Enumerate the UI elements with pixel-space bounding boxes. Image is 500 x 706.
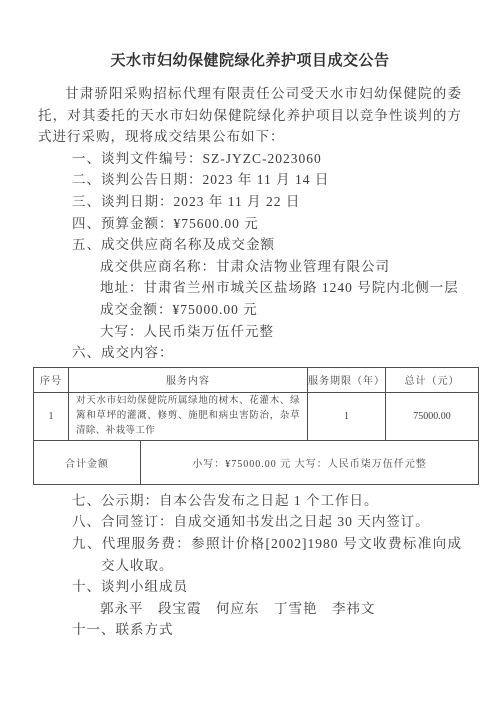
item-budget-amount: 四、预算金额：¥75600.00 元 bbox=[38, 213, 462, 235]
item-deal-content-heading: 六、成交内容： bbox=[38, 342, 462, 364]
cell-total-label: 合计金额 bbox=[34, 441, 141, 484]
cell-total: 75000.00 bbox=[386, 393, 478, 441]
deal-amount: 成交金额：¥75000.00 元 bbox=[38, 299, 462, 321]
announcement-document: 天水市妇幼保健院绿化养护项目成交公告 甘肃骄阳采购招标代理有限责任公司受天水市妇… bbox=[0, 0, 500, 706]
header-cell-service-term: 服务期限（年） bbox=[308, 368, 386, 393]
table-row: 1 对天水市妇幼保健院所属绿地的树木、花灌木、绿篱和草坪的灌溉、修剪、施肥和病虫… bbox=[34, 393, 478, 441]
deal-amount-words: 大写：人民币柒万伍仟元整 bbox=[38, 321, 462, 343]
cell-service-term: 1 bbox=[308, 393, 386, 441]
panel-member-names: 郭永平 段宝霞 何应东 丁雪艳 李祎文 bbox=[38, 598, 462, 620]
document-title: 天水市妇幼保健院绿化养护项目成交公告 bbox=[38, 48, 462, 74]
header-cell-serial-no: 序号 bbox=[34, 368, 69, 393]
item-announcement-date: 二、谈判公告日期：2023 年 11 月 14 日 bbox=[38, 169, 462, 191]
item-negotiation-panel-heading: 十、谈判小组成员 bbox=[38, 576, 462, 598]
item-agency-fee: 九、代理服务费：参照计价格[2002]1980 号文收费标准向成交人收取。 bbox=[38, 533, 462, 576]
supplier-name: 成交供应商名称：甘肃众洁物业管理有限公司 bbox=[38, 256, 462, 278]
cell-total-value: 小写：¥75000.00 元 大写：人民币柒万伍仟元整 bbox=[141, 441, 478, 484]
supplier-address: 地址：甘肃省兰州市城关区盐场路 1240 号院内北侧一层 bbox=[38, 277, 462, 299]
service-content-text: 对天水市妇幼保健院所属绿地的树木、花灌木、绿篱和草坪的灌溉、修剪、施肥和病虫害防… bbox=[69, 390, 307, 443]
cell-serial-no: 1 bbox=[34, 393, 69, 441]
item-negotiation-date: 三、谈判日期：2023 年 11 月 22 日 bbox=[38, 191, 462, 213]
item-contract-signing: 八、合同签订：自成交通知书发出之日起 30 天内签订。 bbox=[38, 511, 462, 533]
intro-paragraph: 甘肃骄阳采购招标代理有限责任公司受天水市妇幼保健院的委托，对其委托的天水市妇幼保… bbox=[38, 83, 462, 148]
item-contact-info-heading: 十一、联系方式 bbox=[38, 619, 462, 641]
cell-service-content: 对天水市妇幼保健院所属绿地的树木、花灌木、绿篱和草坪的灌溉、修剪、施肥和病虫害防… bbox=[69, 393, 308, 441]
deal-content-table: 序号 服务内容 服务期限（年） 总计（元） 1 对天水市妇幼保健院所属绿地的树木… bbox=[33, 367, 479, 485]
table-total-row: 合计金额 小写：¥75000.00 元 大写：人民币柒万伍仟元整 bbox=[34, 441, 478, 484]
item-supplier-section-heading: 五、成交供应商名称及成交金额 bbox=[38, 234, 462, 256]
item-publicity-period: 七、公示期：自本公告发布之日起 1 个工作日。 bbox=[38, 490, 462, 512]
header-cell-total: 总计（元） bbox=[386, 368, 478, 393]
item-negotiation-file-number: 一、谈判文件编号：SZ-JYZC-2023060 bbox=[38, 148, 462, 170]
